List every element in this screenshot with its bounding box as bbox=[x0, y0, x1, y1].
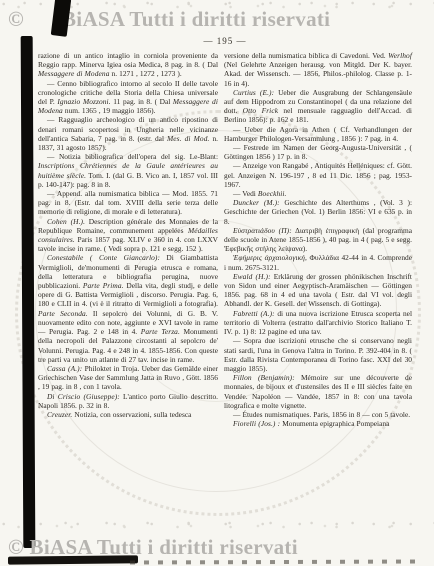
scan-artifact-bottom-specks bbox=[130, 559, 420, 564]
bibliography-entry: Ἐφήμερις ἀρχαιολογική, Φυλλάδια 42-44 in… bbox=[224, 253, 412, 271]
entry-text-segment: Cassa (A.): bbox=[47, 364, 82, 373]
bibliography-entry: Creuzer. Notizia, con osservazioni, sull… bbox=[38, 410, 218, 419]
bibliography-entry: Εὐστρατιάδου (Π): Διατριβὴ ἐπιγραφικὴ (d… bbox=[224, 226, 412, 254]
entry-text-segment: Messaggere di Modena bbox=[38, 69, 110, 78]
entry-text-segment: Boeckhii. bbox=[258, 189, 287, 198]
entry-text-segment: Fabretti (A.): bbox=[233, 309, 275, 318]
entry-text-segment: Cohen (H.). bbox=[47, 217, 85, 226]
entry-text-segment: — Vedi bbox=[233, 189, 258, 198]
entry-text-segment: razione di un antico intaglio in corniol… bbox=[38, 51, 218, 69]
scan-noise-bottom bbox=[0, 520, 434, 530]
entry-text-segment: — Ueber die Agora in Athen ( Cf. Verhand… bbox=[224, 125, 412, 143]
bibliography-entry: Curtius (E.): Ueber die Ausgrabung der S… bbox=[224, 88, 412, 125]
entry-text-segment: (Nel Gelehrte Anzeigen herausg. von Mitg… bbox=[224, 60, 412, 87]
entry-text-segment: Ignazio Mozzoni. bbox=[57, 97, 110, 106]
entry-text-segment: Parte Prima. bbox=[83, 281, 124, 290]
copyright-icon: © bbox=[8, 7, 24, 31]
entry-text-segment: 11 pag. in 8. ( Dal bbox=[111, 97, 173, 106]
scanned-page: ©BiASA Tutti i diritti riservati — 195 —… bbox=[0, 0, 434, 566]
page-number: — 195 — bbox=[38, 36, 412, 46]
entry-text-segment: Notizia, con osservazioni, sulla tedesca bbox=[72, 410, 191, 419]
entry-text-segment: Εὐστρατιάδου (Π): bbox=[233, 226, 292, 235]
entry-text-segment: Fiorelli (Jos.) : bbox=[233, 419, 280, 428]
bibliography-entry: — Notizia bibliografica dell'opera del s… bbox=[38, 152, 218, 189]
bibliography-entry: Fiorelli (Jos.) : Monumenta epigraphica … bbox=[224, 419, 412, 428]
entry-text-segment: Parte Seconda. bbox=[38, 309, 88, 318]
entry-text-segment: Curtius (E.): bbox=[233, 88, 274, 97]
watermark-top-text: BiASA Tutti i diritti riservati bbox=[62, 7, 330, 31]
entry-text-segment: Duncker (M.): bbox=[233, 198, 280, 207]
bibliography-entry: razione di un antico intaglio in corniol… bbox=[38, 51, 218, 79]
scan-artifact-spine-bar bbox=[21, 36, 36, 548]
entry-text-segment: Werlhof bbox=[388, 51, 412, 60]
entry-text-segment: Ἐφήμερις ἀρχαιολογική, bbox=[233, 253, 307, 262]
entry-text-segment: — Append. alla numismatica biblica — Mod… bbox=[38, 189, 218, 216]
entry-text-segment: Monumenta epigraphica Pompeiana bbox=[280, 419, 389, 428]
entry-text-segment: Ewald (H.): bbox=[233, 272, 271, 281]
entry-text-segment: — Études numismatiques. Paris, 1856 in 8… bbox=[233, 410, 410, 419]
bibliography-entry: Cassa (A.): Philoktet in Troja. Ueber da… bbox=[38, 364, 218, 392]
bibliography-entry: — Append. alla numismatica biblica — Mod… bbox=[38, 189, 218, 217]
bibliography-entry: — Ragguaglio archeologico di un antico r… bbox=[38, 115, 218, 152]
entry-text-segment: — Sopra due iscrizioni etrusche che si c… bbox=[224, 336, 412, 373]
bibliography-entry: — Anzeige von Rangabé , Antiquités Hellé… bbox=[224, 161, 412, 189]
left-column: razione di un antico intaglio in corniol… bbox=[38, 51, 218, 428]
entry-text-segment: Mes. di Mod. bbox=[167, 134, 209, 143]
bibliography-entry: — Ueber die Agora in Athen ( Cf. Verhand… bbox=[224, 125, 412, 143]
entry-text-segment: — Festrede im Namen der Georg-Augusta-Un… bbox=[224, 143, 412, 161]
bibliography-entry: Conestabile ( Conte Giancarlo): Di Giamb… bbox=[38, 253, 218, 363]
bibliography-entry: — Festrede im Namen der Georg-Augusta-Un… bbox=[224, 143, 412, 161]
entry-text-segment: Otto Frick bbox=[243, 106, 278, 115]
entry-text-segment: Di Criscio (Giuseppe): bbox=[47, 392, 120, 401]
entry-text-segment: n. 1271 , 1272 , 1273 ). bbox=[110, 69, 182, 78]
bibliography-entry: Ewald (H.): Erklärung der grossen phönik… bbox=[224, 272, 412, 309]
entry-text-segment: Conestabile ( Conte Giancarlo): bbox=[47, 253, 160, 262]
entry-text-segment: — Notizia bibliografica dell'opera del s… bbox=[47, 152, 218, 161]
entry-text-segment: Creuzer. bbox=[47, 410, 72, 419]
entry-text-segment: Fillon (Benjamin): bbox=[233, 373, 295, 382]
bibliography-entry: — Études numismatiques. Paris, 1856 in 8… bbox=[224, 410, 412, 419]
scan-artifact-bottom-smear bbox=[8, 555, 138, 564]
bibliography-entry: Fillon (Benjamin): Mémoire sur une décou… bbox=[224, 373, 412, 410]
bibliography-entry: versione della numismatica biblica di Ca… bbox=[224, 51, 412, 88]
bibliography-entry: Fabretti (A.): di una nuova iscrizione E… bbox=[224, 309, 412, 337]
bibliography-entry: — Sopra due iscrizioni etrusche che si c… bbox=[224, 336, 412, 373]
entry-text-segment: Parte Terza. bbox=[141, 327, 180, 336]
bibliography-entry: Duncker (M.): Geschichte des Alterthums … bbox=[224, 198, 412, 226]
bibliography-entry: — Cenno bibliografico intorno al secolo … bbox=[38, 79, 218, 116]
bibliography-entry: Cohen (H.). Description générale des Mon… bbox=[38, 217, 218, 254]
right-column: versione della numismatica biblica di Ca… bbox=[224, 51, 412, 428]
entry-text-segment: num. 1365 , 19 maggio 1856). bbox=[63, 106, 156, 115]
bibliography-entry: — Vedi Boeckhii. bbox=[224, 189, 412, 198]
bibliography-entry: Di Criscio (Giuseppe): L'antico porto Gi… bbox=[38, 392, 218, 410]
entry-text-segment: — Anzeige von Rangabé , Antiquités Hellé… bbox=[224, 161, 412, 188]
text-columns: razione di un antico intaglio in corniol… bbox=[38, 51, 412, 428]
entry-text-segment: versione della numismatica biblica di Ca… bbox=[224, 51, 388, 60]
